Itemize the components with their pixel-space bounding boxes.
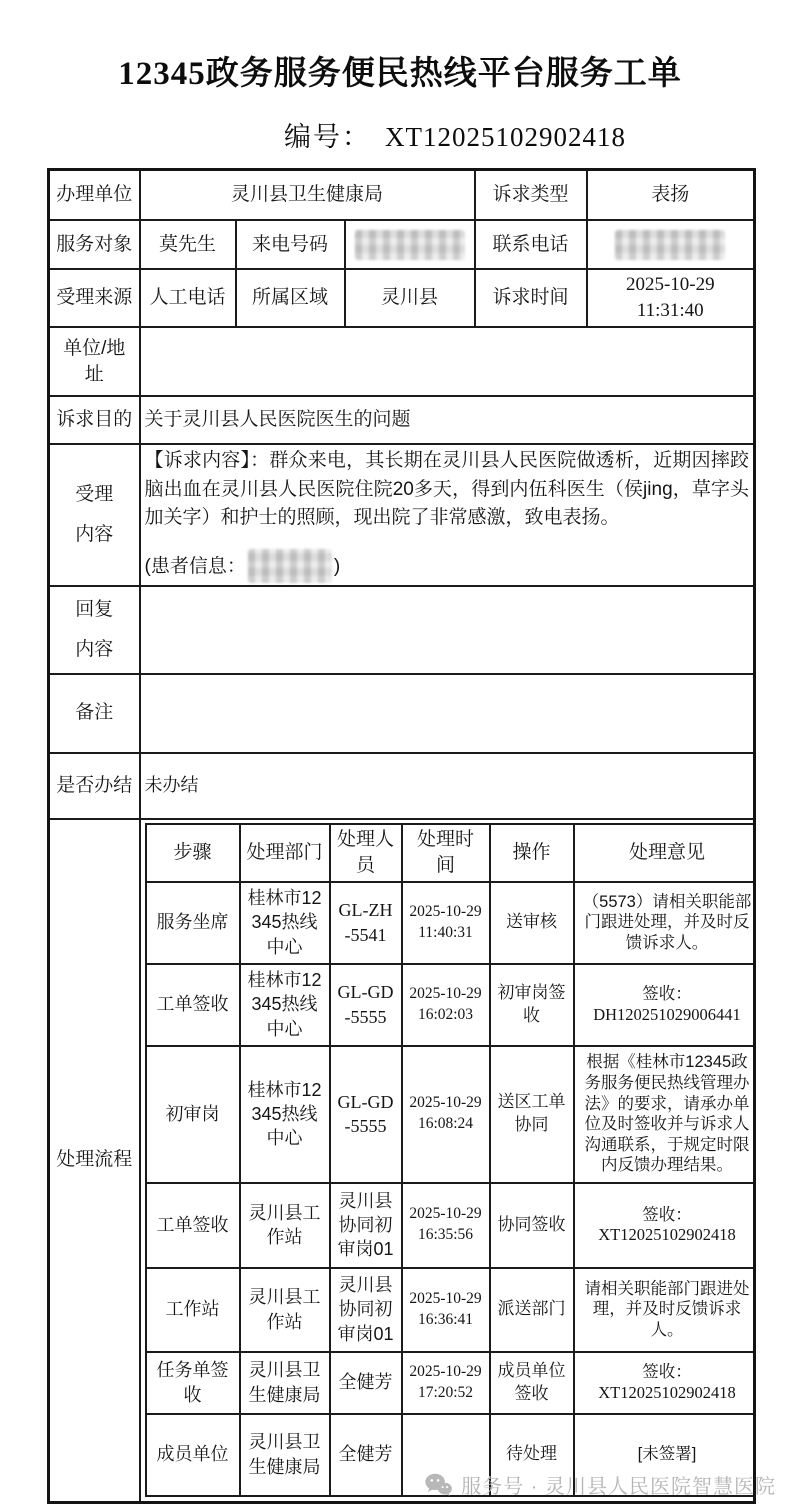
process-action: 派送部门 [490, 1268, 574, 1352]
completed-label: 是否办结 [49, 753, 140, 819]
process-person: GL-GD-5555 [330, 1046, 402, 1183]
process-action: 成员单位签收 [490, 1352, 574, 1414]
row-source: 受理来源 人工电话 所属区域 灵川县 诉求时间 2025-10-29 11:31… [49, 269, 755, 327]
process-department: 灵川县卫生健康局 [240, 1352, 330, 1414]
order-number: 编号：XT12025102902418 [0, 115, 800, 154]
process-header-department: 处理部门 [240, 824, 330, 881]
process-step: 成员单位 [146, 1414, 240, 1496]
patient-info-prefix: (患者信息： [145, 556, 246, 577]
patient-info-line: (患者信息：) [145, 549, 750, 583]
process-step: 初审岗 [146, 1046, 240, 1183]
process-time: 2025-10-29 16:08:24 [402, 1046, 490, 1183]
process-row: 服务坐席 桂林市12345热线中心 GL-ZH-5541 2025-10-29 … [146, 882, 755, 964]
process-action: 送审核 [490, 882, 574, 964]
wechat-account-text: 服务号 · 灵川县人民医院智慧医院 [461, 1470, 776, 1499]
handling-unit-value: 灵川县卫生健康局 [140, 170, 475, 221]
process-row: 任务单签收 灵川县卫生健康局 全健芳 2025-10-29 17:20:52 成… [146, 1352, 755, 1414]
appeal-type-value: 表扬 [587, 170, 755, 221]
process-header-step: 步骤 [146, 824, 240, 881]
process-flow-label: 处理流程 [49, 819, 140, 1503]
process-step: 工单签收 [146, 964, 240, 1046]
row-unit-address: 单位/地址 [49, 327, 755, 396]
appeal-purpose-label: 诉求目的 [49, 396, 140, 444]
appeal-time-value: 2025-10-29 11:31:40 [587, 269, 755, 327]
appeal-time-label: 诉求时间 [475, 269, 587, 327]
process-opinion: 签收： XT12025102902418 [574, 1183, 755, 1268]
order-number-label: 编号： [284, 122, 371, 152]
process-time: 2025-10-29 16:35:56 [402, 1183, 490, 1268]
process-person: 全健芳 [330, 1414, 402, 1496]
remark-label: 备注 [49, 674, 140, 753]
process-header-action: 操作 [490, 824, 574, 881]
caller-number-label: 来电号码 [236, 220, 345, 269]
row-remark: 备注 [49, 674, 755, 753]
process-row: 初审岗 桂林市12345热线中心 GL-GD-5555 2025-10-29 1… [146, 1046, 755, 1183]
wechat-account-footer: 服务号 · 灵川县人民医院智慧医院 [425, 1470, 776, 1499]
process-header-time: 处理时间 [402, 824, 490, 881]
order-number-value: XT12025102902418 [385, 122, 626, 152]
service-target-label: 服务对象 [49, 220, 140, 269]
caller-number-value [345, 220, 475, 269]
row-completed: 是否办结 未办结 [49, 753, 755, 819]
row-handling-unit: 办理单位 灵川县卫生健康局 诉求类型 表扬 [49, 170, 755, 221]
row-process-flow: 处理流程 步骤 处理部门 处理人员 处理时间 操作 处理意见 [49, 819, 755, 1503]
region-value: 灵川县 [345, 269, 475, 327]
process-department: 灵川县卫生健康局 [240, 1414, 330, 1496]
wechat-icon [425, 1473, 452, 1496]
process-time: 2025-10-29 17:20:52 [402, 1352, 490, 1414]
contact-phone-label: 联系电话 [475, 220, 587, 269]
process-opinion: 根据《桂林市12345政务服务便民热线管理办法》的要求，请承办单位及时签收并与诉… [574, 1046, 755, 1183]
process-step: 任务单签收 [146, 1352, 240, 1414]
process-opinion: 签收： DH120251029006441 [574, 964, 755, 1046]
unit-address-value [140, 327, 755, 396]
redacted-caller-number [355, 230, 465, 260]
process-header-opinion: 处理意见 [574, 824, 755, 881]
work-order-table: 办理单位 灵川县卫生健康局 诉求类型 表扬 服务对象 莫先生 来电号码 联系电话… [47, 168, 756, 1504]
process-row: 工单签收 桂林市12345热线中心 GL-GD-5555 2025-10-29 … [146, 964, 755, 1046]
process-action: 协同签收 [490, 1183, 574, 1268]
reply-content-value [140, 586, 755, 674]
process-action: 送区工单协同 [490, 1046, 574, 1183]
process-person: 灵川县协同初审岗01 [330, 1268, 402, 1352]
process-time: 2025-10-29 16:02:03 [402, 964, 490, 1046]
source-value: 人工电话 [140, 269, 236, 327]
appeal-type-label: 诉求类型 [475, 170, 587, 221]
work-order-page: 12345政务服务便民热线平台服务工单 编号：XT12025102902418 … [0, 0, 800, 1504]
process-table: 步骤 处理部门 处理人员 处理时间 操作 处理意见 服务坐席 桂林市12345热… [145, 823, 755, 1496]
process-row: 工单签收 灵川县工作站 灵川县协同初审岗01 2025-10-29 16:35:… [146, 1183, 755, 1268]
appeal-content-paragraph: 【诉求内容】：群众来电，其长期在灵川县人民医院做透析，近期因摔跤脑出血在灵川县人… [145, 447, 750, 533]
process-opinion: （5573）请相关职能部门跟进处理，并及时反馈诉求人。 [574, 882, 755, 964]
process-department: 桂林市12345热线中心 [240, 1046, 330, 1183]
unit-address-label: 单位/地址 [49, 327, 140, 396]
reply-content-label: 回复内容 [49, 586, 140, 674]
row-appeal-purpose: 诉求目的 关于灵川县人民医院医生的问题 [49, 396, 755, 444]
source-label: 受理来源 [49, 269, 140, 327]
process-action: 初审岗签收 [490, 964, 574, 1046]
accept-content-value: 【诉求内容】：群众来电，其长期在灵川县人民医院做透析，近期因摔跤脑出血在灵川县人… [140, 444, 755, 586]
process-person: 灵川县协同初审岗01 [330, 1183, 402, 1268]
process-time: 2025-10-29 16:36:41 [402, 1268, 490, 1352]
appeal-purpose-value: 关于灵川县人民医院医生的问题 [140, 396, 755, 444]
patient-info-suffix: ) [334, 556, 340, 577]
process-person: GL-ZH-5541 [330, 882, 402, 964]
process-department: 桂林市12345热线中心 [240, 882, 330, 964]
redacted-patient-info [248, 549, 332, 583]
contact-phone-value [587, 220, 755, 269]
redacted-contact-phone [615, 230, 725, 260]
region-label: 所属区域 [236, 269, 345, 327]
process-time: 2025-10-29 11:40:31 [402, 882, 490, 964]
process-person: GL-GD-5555 [330, 964, 402, 1046]
process-step: 工作站 [146, 1268, 240, 1352]
handling-unit-label: 办理单位 [49, 170, 140, 221]
completed-value: 未办结 [140, 753, 755, 819]
process-department: 灵川县工作站 [240, 1183, 330, 1268]
process-row: 工作站 灵川县工作站 灵川县协同初审岗01 2025-10-29 16:36:4… [146, 1268, 755, 1352]
row-accept-content: 受理内容 【诉求内容】：群众来电，其长期在灵川县人民医院做透析，近期因摔跤脑出血… [49, 444, 755, 586]
process-person: 全健芳 [330, 1352, 402, 1414]
process-department: 桂林市12345热线中心 [240, 964, 330, 1046]
process-step: 服务坐席 [146, 882, 240, 964]
process-department: 灵川县工作站 [240, 1268, 330, 1352]
remark-value [140, 674, 755, 753]
process-header-row: 步骤 处理部门 处理人员 处理时间 操作 处理意见 [146, 824, 755, 881]
row-service-target: 服务对象 莫先生 来电号码 联系电话 [49, 220, 755, 269]
page-title: 12345政务服务便民热线平台服务工单 [0, 0, 800, 94]
process-step: 工单签收 [146, 1183, 240, 1268]
process-header-person: 处理人员 [330, 824, 402, 881]
service-target-value: 莫先生 [140, 220, 236, 269]
process-opinion: 请相关职能部门跟进处理，并及时反馈诉求人。 [574, 1268, 755, 1352]
process-flow-cell: 步骤 处理部门 处理人员 处理时间 操作 处理意见 服务坐席 桂林市12345热… [140, 819, 755, 1503]
process-opinion: 签收： XT12025102902418 [574, 1352, 755, 1414]
row-reply-content: 回复内容 [49, 586, 755, 674]
accept-content-label: 受理内容 [49, 444, 140, 586]
